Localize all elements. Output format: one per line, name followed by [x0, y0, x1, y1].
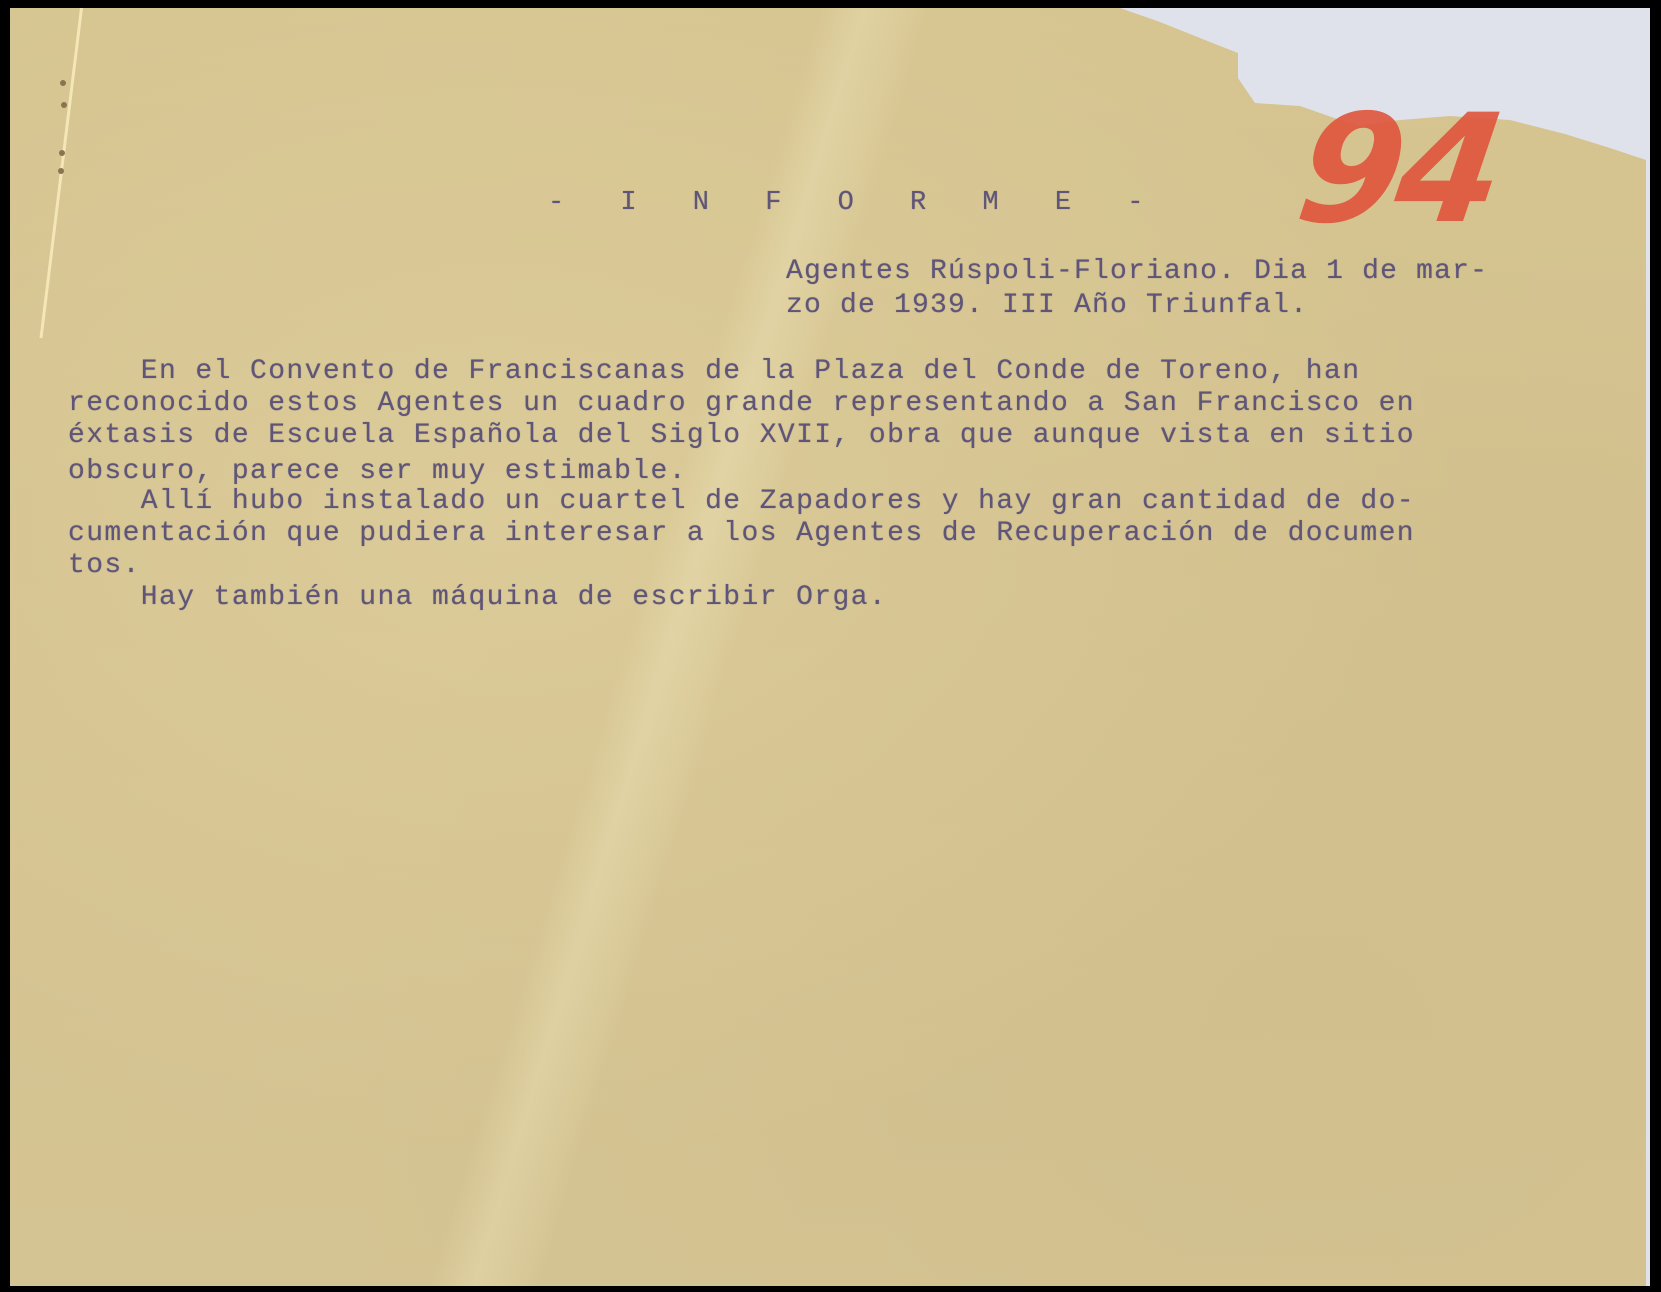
text-line: Hay también una máquina de escribir Orga…	[68, 582, 887, 613]
binding-hole	[60, 80, 66, 86]
text-line: obscuro, parece ser muy estimable.	[68, 456, 687, 487]
text-line: reconocido estos Agentes un cuadro grand…	[68, 388, 1415, 419]
document-title: - I N F O R M E -	[548, 188, 1163, 218]
binding-hole	[59, 150, 65, 156]
text-line: En el Convento de Franciscanas de la Pla…	[68, 356, 1360, 387]
text-line: éxtasis de Escuela Española del Siglo XV…	[68, 420, 1415, 451]
heading-line: Agentes Rúspoli-Floriano. Dia 1 de mar-	[786, 256, 1488, 287]
heading-line: zo de 1939. III Año Triunfal.	[786, 290, 1308, 321]
text-line: tos.	[68, 550, 141, 581]
binding-holes	[58, 80, 72, 190]
binding-hole	[61, 102, 67, 108]
text-line: Allí hubo instalado un cuartel de Zapado…	[68, 486, 1415, 517]
red-pencil-folio-number: 94	[1289, 95, 1507, 245]
binding-hole	[58, 168, 64, 174]
text-line: cumentación que pudiera interesar a los …	[68, 518, 1415, 549]
